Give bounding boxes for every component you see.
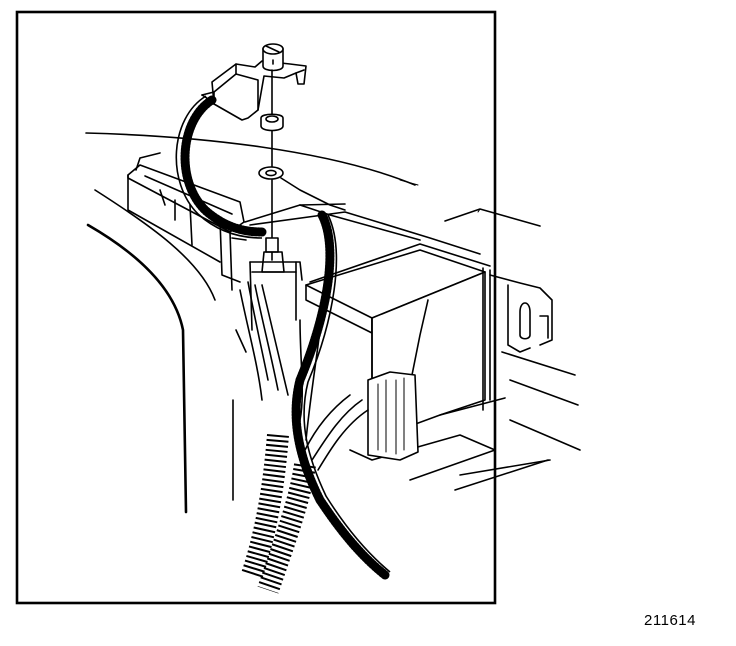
stud [250, 238, 302, 330]
nut [261, 114, 283, 130]
exploded-view-illustration [0, 0, 736, 646]
fender [88, 190, 233, 512]
battery-cable-bracket [202, 61, 306, 120]
cable-routing-lines [245, 204, 480, 254]
bolt [263, 44, 283, 71]
figure-number: 211614 [644, 612, 696, 629]
relay-center [306, 244, 550, 480]
battery-cable [176, 96, 390, 575]
